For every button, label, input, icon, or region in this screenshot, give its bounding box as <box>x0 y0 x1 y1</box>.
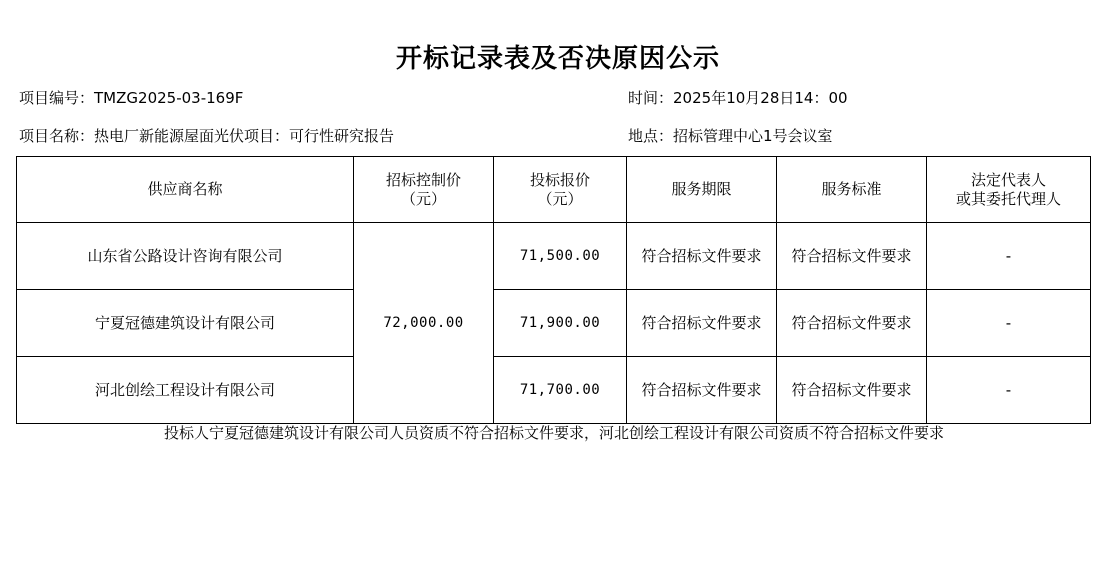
header-control-price-line1: 招标控制价 <box>354 171 493 190</box>
cell-supplier: 宁夏冠德建筑设计有限公司 <box>17 290 354 357</box>
opening-place: 地点：招标管理中心1号会议室 <box>628 127 833 145</box>
table-row: 河北创绘工程设计有限公司 71,700.00 符合招标文件要求 符合招标文件要求… <box>17 357 1091 424</box>
bid-opening-table: 供应商名称 招标控制价 （元） 投标报价 （元） 服务期限 服务标准 法定代表人… <box>16 156 1091 424</box>
cell-representative: - <box>927 223 1091 290</box>
header-control-price: 招标控制价 （元） <box>354 157 494 223</box>
table-header-row: 供应商名称 招标控制价 （元） 投标报价 （元） 服务期限 服务标准 法定代表人… <box>17 157 1091 223</box>
cell-service-standard: 符合招标文件要求 <box>777 223 927 290</box>
cell-bid-price: 71,900.00 <box>494 290 627 357</box>
header-control-price-line2: （元） <box>354 190 493 209</box>
project-code-label: 项目编号： <box>19 89 94 107</box>
cell-supplier: 河北创绘工程设计有限公司 <box>17 357 354 424</box>
table-row: 山东省公路设计咨询有限公司 72,000.00 71,500.00 符合招标文件… <box>17 223 1091 290</box>
cell-service-standard: 符合招标文件要求 <box>777 290 927 357</box>
header-representative: 法定代表人 或其委托代理人 <box>927 157 1091 223</box>
project-name-value: 热电厂新能源屋面光伏项目：可行性研究报告 <box>94 127 394 145</box>
project-name-label: 项目名称： <box>19 127 94 145</box>
header-service-standard: 服务标准 <box>777 157 927 223</box>
header-service-term: 服务期限 <box>627 157 777 223</box>
cell-supplier: 山东省公路设计咨询有限公司 <box>17 223 354 290</box>
project-code: 项目编号：TMZG2025-03-169F <box>19 89 243 107</box>
project-code-value: TMZG2025-03-169F <box>94 89 243 107</box>
header-representative-line2: 或其委托代理人 <box>927 190 1090 209</box>
cell-service-term: 符合招标文件要求 <box>627 290 777 357</box>
opening-place-value: 招标管理中心1号会议室 <box>673 127 833 145</box>
header-representative-line1: 法定代表人 <box>927 171 1090 190</box>
cell-representative: - <box>927 357 1091 424</box>
cell-service-term: 符合招标文件要求 <box>627 357 777 424</box>
page-title: 开标记录表及否决原因公示 <box>0 38 1116 75</box>
header-bid-price-line2: （元） <box>494 190 626 209</box>
cell-control-price: 72,000.00 <box>354 223 494 424</box>
header-bid-price-line1: 投标报价 <box>494 171 626 190</box>
table-row: 宁夏冠德建筑设计有限公司 71,900.00 符合招标文件要求 符合招标文件要求… <box>17 290 1091 357</box>
header-bid-price: 投标报价 （元） <box>494 157 627 223</box>
header-supplier: 供应商名称 <box>17 157 354 223</box>
rejection-reason-note: 投标人宁夏冠德建筑设计有限公司人员资质不符合招标文件要求，河北创绘工程设计有限公… <box>0 424 1108 442</box>
cell-representative: - <box>927 290 1091 357</box>
opening-time: 时间：2025年10月28日14：00 <box>628 89 848 107</box>
cell-bid-price: 71,700.00 <box>494 357 627 424</box>
opening-place-label: 地点： <box>628 127 673 145</box>
project-name: 项目名称：热电厂新能源屋面光伏项目：可行性研究报告 <box>19 127 394 145</box>
cell-service-term: 符合招标文件要求 <box>627 223 777 290</box>
opening-time-value: 2025年10月28日14：00 <box>673 89 848 107</box>
opening-time-label: 时间： <box>628 89 673 107</box>
cell-bid-price: 71,500.00 <box>494 223 627 290</box>
cell-service-standard: 符合招标文件要求 <box>777 357 927 424</box>
